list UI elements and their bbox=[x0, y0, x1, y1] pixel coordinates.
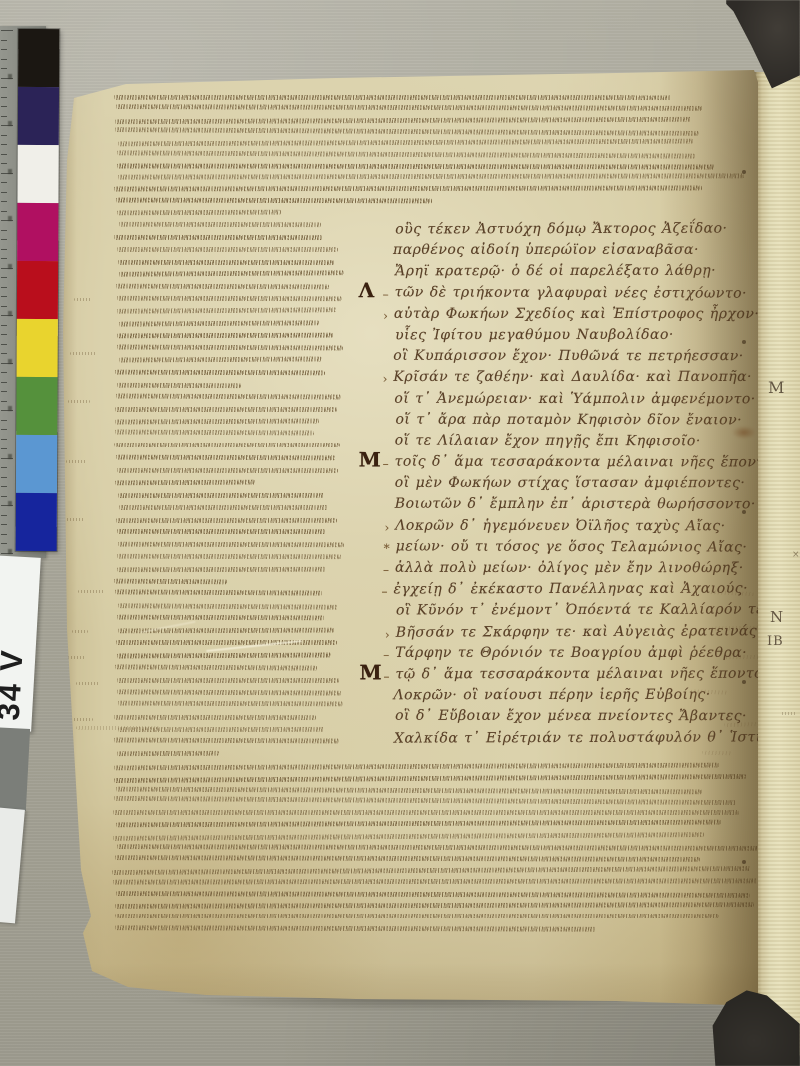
ruler-tick bbox=[1, 106, 7, 107]
scholia-line bbox=[118, 493, 324, 498]
ruler-tick bbox=[1, 429, 7, 430]
main-text-line: Λοκρῶν· οἳ ναίουσι πέρην ἱερῆς Εὐβοίης· bbox=[393, 685, 753, 707]
ruler-tick bbox=[1, 420, 7, 421]
scholia-line bbox=[115, 664, 317, 670]
ruler-numeral bbox=[8, 501, 12, 506]
ruler-tick bbox=[1, 534, 7, 535]
scholia-line bbox=[117, 209, 281, 214]
scholia-line bbox=[117, 653, 331, 659]
main-text-line: οἳ δ᾽ Εὔβοιαν ἔχον μένεα πνείοντες Ἄβαντ… bbox=[395, 706, 755, 728]
main-text-line: –ἀλλὰ πολὺ μείων· ὀλίγος μὲν ἔην λινοθώρ… bbox=[395, 558, 755, 580]
ruler-tick bbox=[1, 401, 7, 402]
scholia-line bbox=[115, 855, 700, 861]
facing-page-cross-mark: × bbox=[792, 550, 800, 560]
scholia-line bbox=[113, 878, 757, 884]
verse-text: οἳ μὲν Φωκήων στίχας ἵστασαν ἀμφιέποντες… bbox=[395, 475, 746, 491]
scholia-line bbox=[117, 844, 762, 850]
color-patch-dark-violet bbox=[18, 87, 59, 145]
scholia-line bbox=[115, 480, 255, 485]
ruler-tick bbox=[1, 296, 7, 297]
ruler-tick bbox=[1, 87, 7, 88]
ruler-tick bbox=[1, 353, 7, 354]
critical-sign: – bbox=[371, 284, 389, 304]
scholia-line bbox=[117, 678, 339, 683]
scholia-line bbox=[118, 603, 338, 609]
ruler-tick bbox=[1, 30, 13, 31]
verse-text: Ἄρηϊ κρατερῷ· ὁ δέ οἱ παρελέξατο λάθρῃ· bbox=[395, 263, 716, 280]
color-patch-black bbox=[18, 29, 59, 87]
ruler-tick bbox=[1, 439, 7, 440]
ruler-tick bbox=[1, 182, 7, 183]
scholia-line bbox=[116, 820, 721, 827]
scholia-line bbox=[114, 774, 746, 783]
scholia-line bbox=[114, 95, 671, 100]
color-calibration-strip bbox=[16, 29, 60, 551]
ruler-tick bbox=[1, 68, 7, 69]
scholia-line bbox=[116, 786, 702, 793]
main-text-line: –Τάρφην τε Θρόνιόν τε Βοαγρίου ἀμφὶ ῥέεθ… bbox=[395, 643, 755, 664]
ruler-tick bbox=[1, 496, 7, 497]
main-text-line: υἷες Ἰφίτου μεγαθύμου Ναυβολίδαο· bbox=[395, 325, 755, 347]
scholia-line bbox=[117, 307, 336, 313]
scholia-line bbox=[114, 715, 316, 720]
scholia-line bbox=[115, 418, 319, 424]
main-text-line: –ἐγχείῃ δ᾽ ἐκέκαστο Πανέλληνας καὶ Ἀχαιο… bbox=[393, 579, 753, 601]
verse-text: οἳ δ᾽ Εὔβοιαν ἔχον μένεα πνείοντες Ἄβαντ… bbox=[395, 708, 747, 724]
main-text-line: οἳ Κυπάρισσον ἔχον· Πυθῶνά τε πετρήεσσαν… bbox=[393, 346, 753, 368]
ruler-numeral bbox=[8, 264, 12, 269]
color-patch-white bbox=[17, 145, 58, 203]
verse-text: παρθένος αἰδοίη ὑπερώϊον εἰσαναβᾶσα· bbox=[393, 242, 699, 258]
verse-text: οἵ τ᾽ ἄρα πὰρ ποταμὸν Κηφισὸν δῖον ἔναιο… bbox=[395, 411, 742, 428]
sewing-dot bbox=[742, 680, 746, 684]
ruler-tick bbox=[1, 239, 7, 240]
ruler-tick bbox=[1, 448, 7, 449]
ruler-tick bbox=[1, 49, 7, 50]
scholia-line bbox=[115, 407, 337, 412]
scholia-line bbox=[117, 554, 341, 559]
facing-page-mark: N bbox=[770, 608, 783, 626]
ruler-numeral bbox=[8, 169, 12, 174]
marginal-siglum bbox=[70, 352, 96, 355]
scholia-line bbox=[117, 296, 342, 301]
scholia-line bbox=[116, 283, 329, 288]
scholia-line bbox=[118, 138, 693, 145]
scholia-line bbox=[116, 393, 341, 399]
ruler-tick bbox=[1, 201, 7, 202]
scholia-line bbox=[118, 541, 344, 546]
scholia-line bbox=[118, 700, 343, 705]
main-text-line: οἳ Κῦνόν τ᾽ ἐνέμοντ᾽ Ὀπόεντά τε Καλλίαρό… bbox=[396, 600, 756, 622]
color-patch-red bbox=[17, 261, 58, 319]
scholia-line bbox=[114, 579, 227, 584]
shelfmark-label: 34 V bbox=[0, 554, 41, 731]
verse-text: Λοκρῶν δ᾽ ἡγεμόνευεν Ὀϊλῆος ταχὺς Αἴας· bbox=[395, 517, 725, 534]
scholia-line bbox=[115, 902, 754, 908]
ruler-tick bbox=[1, 59, 7, 60]
sewing-dot bbox=[742, 340, 746, 344]
sewing-dot bbox=[742, 170, 746, 174]
scholia-line bbox=[117, 689, 341, 695]
ruler-tick bbox=[1, 116, 7, 117]
ruler-tick bbox=[1, 154, 7, 155]
ruler-tick bbox=[1, 515, 7, 516]
ruler-numeral bbox=[8, 74, 12, 79]
facing-page-mark: M bbox=[768, 378, 784, 397]
marginal-siglum bbox=[78, 590, 105, 593]
main-text-column: οὓς τέκεν Ἀστυόχη δόμῳ Ἄκτορος Ἀζεΐδαο·π… bbox=[393, 219, 753, 749]
verse-text: αὐτὰρ Φωκήων Σχεδίος καὶ Ἐπίστροφος ἦρχο… bbox=[394, 306, 759, 322]
ruler-tick bbox=[1, 163, 7, 164]
sewing-dot bbox=[742, 510, 746, 514]
shelfmark-text: 34 V bbox=[0, 629, 31, 741]
ruler-numeral bbox=[8, 121, 12, 126]
scholia-line bbox=[118, 259, 334, 264]
verse-text: Βῆσσάν τε Σκάρφην τε· καὶ Αὐγειὰς ἐρατει… bbox=[396, 623, 763, 640]
verse-text: τῶν δὲ τριήκοντα γλαφυραὶ νέες ἐστιχόωντ… bbox=[395, 284, 747, 301]
main-text-line: ›αὐτὰρ Φωκήων Σχεδίος καὶ Ἐπίστροφος ἦρχ… bbox=[394, 304, 754, 325]
scholia-line bbox=[119, 504, 328, 509]
verse-text: ἀλλὰ πολὺ μείων· ὀλίγος μὲν ἔην λινοθώρη… bbox=[395, 560, 744, 576]
ruler-numeral bbox=[8, 406, 12, 411]
scholia-line bbox=[117, 529, 325, 534]
facing-page-mark: IB bbox=[767, 634, 784, 649]
marginal-siglum bbox=[72, 630, 88, 633]
ruler-tick bbox=[1, 40, 7, 41]
marginal-siglum bbox=[74, 298, 92, 301]
ruler-tick bbox=[1, 334, 7, 335]
manuscript-photograph: M N IB × οὓς τέκεν Ἀστυόχη δόμῳ Ἄκτορος … bbox=[0, 0, 800, 1066]
verse-text: οἳ Κῦνόν τ᾽ ἐνέμοντ᾽ Ὀπόεντά τε Καλλίαρό… bbox=[396, 602, 769, 619]
critical-sign: * bbox=[372, 538, 390, 558]
ruler-tick bbox=[1, 211, 7, 212]
main-text-line: Λ–τῶν δὲ τριήκοντα γλαφυραὶ νέες ἐστιχόω… bbox=[395, 282, 755, 305]
ruler-tick bbox=[1, 391, 7, 392]
main-text-line: οὓς τέκεν Ἀστυόχη δόμῳ Ἄκτορος Ἀζεΐδαο· bbox=[395, 219, 755, 241]
verse-text: τοῖς δ᾽ ἅμα τεσσαράκοντα μέλαιναι νῆες ἕ… bbox=[395, 454, 779, 471]
scholia-line bbox=[114, 186, 702, 192]
ruler-tick bbox=[1, 249, 7, 250]
verse-text: Χαλκίδα τ᾽ Εἰρέτριάν τε πολυστάφυλόν θ᾽ … bbox=[394, 729, 800, 746]
ruler-numeral bbox=[8, 359, 12, 364]
gray-card bbox=[0, 727, 30, 811]
color-patch-green bbox=[16, 377, 57, 435]
main-text-line: οἵ τ᾽ ἄρα πὰρ ποταμὸν Κηφισὸν δῖον ἔναιο… bbox=[395, 409, 755, 431]
critical-sign: – bbox=[371, 454, 389, 474]
ruler-numeral bbox=[8, 311, 12, 316]
ruler-tick bbox=[1, 135, 7, 136]
main-text-line: Μ–τῷ δ᾽ ἅμα τεσσαράκοντα μέλαιναι νῆες ἕ… bbox=[395, 664, 755, 686]
ruler-tick bbox=[1, 287, 7, 288]
verse-text: υἷες Ἰφίτου μεγαθύμου Ναυβολίδαο· bbox=[395, 327, 674, 343]
ruler-tick bbox=[1, 372, 7, 373]
ruler-tick bbox=[1, 524, 7, 525]
scholia-line bbox=[115, 914, 718, 919]
scholia-line bbox=[118, 174, 744, 180]
scholia-line bbox=[114, 796, 736, 805]
white-card bbox=[0, 807, 25, 924]
ruler-numeral bbox=[8, 454, 12, 459]
ruler-tick bbox=[1, 277, 7, 278]
scholia-line bbox=[114, 762, 719, 769]
critical-sign: › bbox=[370, 306, 388, 326]
book-foredge: M N IB × bbox=[754, 72, 800, 1058]
verse-text: Τάρφην τε Θρόνιόν τε Βοαγρίου ἀμφὶ ῥέεθρ… bbox=[395, 645, 747, 661]
main-text-line: οἳ μὲν Φωκήων στίχας ἵστασαν ἀμφιέποντες… bbox=[395, 473, 755, 495]
verse-text: οἳ Κυπάρισσον ἔχον· Πυθῶνά τε πετρήεσσαν… bbox=[393, 348, 743, 364]
main-text-line: Βοιωτῶν δ᾽ ἔμπλην ἐπ᾽ ἀριστερὰ θωρήσσοντ… bbox=[395, 494, 755, 516]
scholia-line bbox=[115, 116, 691, 123]
ruler-tick bbox=[1, 144, 7, 145]
scholia-line bbox=[119, 270, 344, 276]
main-text-line: ›Κρῖσάν τε ζαθέην· καὶ Δαυλίδα· καὶ Πανο… bbox=[393, 367, 753, 388]
ruler-tick bbox=[1, 258, 7, 259]
scholia-line bbox=[119, 357, 322, 363]
marginal-siglum bbox=[68, 718, 93, 721]
scholia-line bbox=[117, 151, 695, 159]
critical-sign: – bbox=[369, 582, 387, 602]
scholia-line bbox=[119, 320, 319, 326]
main-text-line: Ἄρηϊ κρατερῷ· ὁ δέ οἱ παρελέξατο λάθρῃ· bbox=[395, 261, 755, 283]
verse-text: ἐγχείῃ δ᾽ ἐκέκαστο Πανέλληνας καὶ Ἀχαιού… bbox=[393, 581, 748, 598]
verse-text: Κρῖσάν τε ζαθέην· καὶ Δαυλίδα· καὶ Πανοπ… bbox=[393, 369, 752, 385]
ruler-tick bbox=[1, 325, 7, 326]
critical-sign: – bbox=[371, 666, 389, 686]
color-patch-yellow bbox=[17, 319, 58, 377]
critical-sign: – bbox=[371, 560, 389, 580]
main-text-line: Μ–τοῖς δ᾽ ἅμα τεσσαράκοντα μέλαιναι νῆες… bbox=[395, 452, 755, 474]
facing-page-ink-trace bbox=[782, 712, 796, 715]
verse-text: τῷ δ᾽ ἅμα τεσσαράκοντα μέλαιναι νῆες ἕπο… bbox=[395, 666, 768, 683]
marginal-siglum bbox=[76, 682, 99, 685]
verse-text: οἵ τε Λίλαιαν ἔχον πηγῇς ἔπι Κηφισοῖο· bbox=[395, 432, 701, 449]
ruler-tick bbox=[1, 467, 7, 468]
color-patch-light-blue bbox=[16, 435, 57, 493]
scholia-line bbox=[115, 590, 323, 596]
scholia-line bbox=[115, 430, 314, 436]
scholia-line bbox=[116, 518, 337, 523]
scholia-line bbox=[114, 235, 322, 240]
main-text-line: παρθένος αἰδοίη ὑπερώϊον εἰσαναβᾶσα· bbox=[393, 240, 753, 261]
main-text-line: ›Βῆσσάν τε Σκάρφην τε· καὶ Αὐγειὰς ἐρατε… bbox=[396, 621, 756, 644]
main-text-line: ›Λοκρῶν δ᾽ ἡγεμόνευεν Ὀϊλῆος ταχὺς Αἴας· bbox=[395, 515, 755, 537]
parchment-page: οὓς τέκεν Ἀστυόχη δόμῳ Ἄκτορος Ἀζεΐδαο·π… bbox=[56, 70, 758, 1010]
main-text-line: Χαλκίδα τ᾽ Εἰρέτριάν τε πολυστάφυλόν θ᾽ … bbox=[394, 727, 754, 749]
scholia-line bbox=[117, 615, 324, 620]
scholia-line bbox=[116, 891, 750, 897]
offset-ink-smudge bbox=[702, 751, 732, 756]
ruler-tick bbox=[1, 344, 7, 345]
scholia-line bbox=[116, 104, 703, 110]
ruler-tick bbox=[1, 477, 7, 478]
marginal-siglum bbox=[62, 656, 85, 659]
verse-text: μείων· οὔ τι τόσος γε ὅσος Τελαμώνιος Αἴ… bbox=[396, 538, 748, 555]
sewing-dot bbox=[742, 860, 746, 864]
ruler-tick bbox=[1, 192, 7, 193]
scholia-line bbox=[115, 925, 596, 931]
ink-stain bbox=[732, 426, 756, 439]
scholia-line bbox=[114, 737, 339, 742]
verse-text: Βοιωτῶν δ᾽ ἔμπλην ἐπ᾽ ἀριστερὰ θωρήσσοντ… bbox=[395, 496, 756, 513]
ruler-tick bbox=[1, 486, 7, 487]
scholia-line bbox=[113, 810, 739, 815]
color-patch-magenta bbox=[17, 203, 58, 261]
marginal-siglum bbox=[64, 518, 84, 521]
verse-text: Λοκρῶν· οἳ ναίουσι πέρην ἱερῆς Εὐβοίης· bbox=[393, 687, 710, 703]
scholia-line bbox=[117, 163, 715, 169]
verse-text: οὓς τέκεν Ἀστυόχη δόμῳ Ἄκτορος Ἀζεΐδαο· bbox=[395, 221, 727, 238]
scholia-line bbox=[119, 222, 321, 227]
scholia-line bbox=[117, 247, 338, 252]
ruler-tick bbox=[1, 306, 7, 307]
scholia-line bbox=[117, 382, 241, 387]
scholia-line bbox=[117, 345, 343, 351]
scholia-line bbox=[114, 443, 340, 448]
scholia-line bbox=[115, 370, 325, 375]
ruler-tick bbox=[1, 382, 7, 383]
scholia-line bbox=[116, 640, 337, 645]
ruler-tick bbox=[1, 97, 7, 98]
color-patch-dark-blue bbox=[16, 493, 57, 551]
critical-sign: › bbox=[371, 517, 389, 537]
scholia-line bbox=[117, 333, 333, 338]
scholia-line bbox=[117, 567, 326, 572]
scholia-line bbox=[113, 832, 704, 840]
scholia-line bbox=[117, 468, 338, 473]
scholia-line bbox=[117, 750, 219, 755]
main-text-line: *μείων· οὔ τι τόσος γε ὅσος Τελαμώνιος Α… bbox=[396, 536, 756, 558]
main-text-line: οἵ τε Λίλαιαν ἔχον πηγῇς ἔπι Κηφισοῖο· bbox=[395, 430, 755, 452]
ruler-numeral bbox=[8, 216, 12, 221]
critical-sign: › bbox=[369, 369, 387, 389]
scholia-line bbox=[116, 455, 335, 460]
ruler-tick bbox=[1, 230, 7, 231]
verse-text: οἵ τ᾽ Ἀνεμώρειαν· καὶ Ὑάμπολιν ἀμφενέμον… bbox=[394, 390, 755, 407]
marginal-siglum bbox=[66, 460, 87, 463]
scholia-line bbox=[112, 866, 750, 875]
scholia-line bbox=[115, 127, 699, 135]
critical-sign: › bbox=[372, 624, 390, 644]
scholia-line bbox=[116, 198, 432, 203]
ruler-tick bbox=[1, 543, 7, 544]
faint-marginal-note bbox=[76, 726, 160, 730]
marginal-siglum bbox=[68, 400, 90, 403]
main-text-line: οἵ τ᾽ Ἀνεμώρειαν· καὶ Ὑάμπολιν ἀμφενέμον… bbox=[394, 388, 754, 410]
ruler-numeral bbox=[8, 549, 12, 554]
